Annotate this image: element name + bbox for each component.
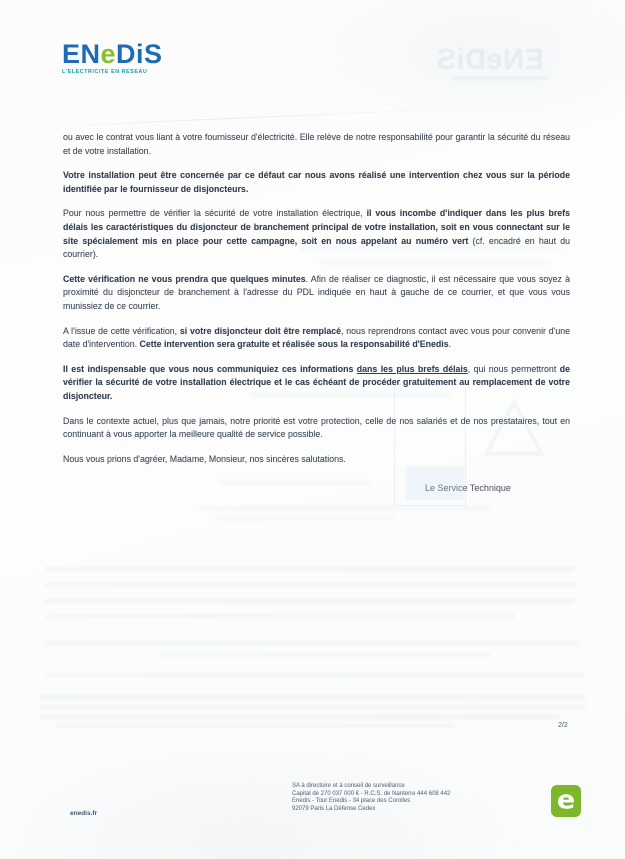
bleed-through-box-artifact	[406, 466, 464, 500]
text-run: dans les plus brefs délais	[357, 364, 468, 374]
paragraph: Votre installation peut être concernée p…	[63, 169, 570, 196]
bleed-through-text-artifact	[220, 480, 370, 485]
paragraph: Cette vérification ne vous prendra que q…	[63, 273, 570, 314]
enedis-logo-tagline: L'ELECTRICITE EN RESEAU	[62, 69, 163, 75]
paragraph: ou avec le contrat vous liant à votre fo…	[63, 131, 570, 158]
bleed-through-text-artifact	[40, 704, 585, 710]
enedis-logo: ENeDiS L'ELECTRICITE EN RESEAU	[62, 42, 163, 75]
bleed-through-logo: ENeDiS	[415, 44, 565, 77]
page-number: 2/2	[558, 722, 568, 729]
text-run: .	[449, 339, 451, 349]
bleed-through-text-artifact	[45, 582, 575, 588]
bleed-through-text-artifact	[45, 640, 580, 646]
website-url: enedis.fr	[70, 810, 97, 817]
text-run: Votre installation peut être concernée p…	[63, 170, 570, 194]
bleed-through-text-artifact	[45, 598, 575, 604]
paragraph: Il est indispensable que vous nous commu…	[63, 363, 570, 404]
bleed-through-text-artifact	[55, 723, 455, 728]
bleed-through-text-artifact	[40, 714, 560, 720]
paragraph: A l'issue de cette vérification, si votr…	[63, 325, 570, 352]
bleed-through-tagline-artifact	[452, 76, 548, 80]
footer-legal-block: SA à directoire et à conseil de surveill…	[292, 783, 450, 813]
text-run: , qui nous permettront	[468, 364, 560, 374]
paragraph: Pour nous permettre de vérifier la sécur…	[63, 207, 570, 261]
bleed-through-text-artifact	[320, 260, 550, 265]
text-run: Pour nous permettre de vérifier la sécur…	[63, 208, 367, 218]
enedis-green-e: e	[101, 39, 117, 69]
bleed-through-text-artifact	[45, 613, 515, 619]
text-run: Cette intervention sera gratuite et réal…	[140, 339, 449, 349]
bleed-through-text-artifact	[200, 506, 490, 511]
text-run: Cette vérification ne vous prendra que q…	[63, 274, 306, 284]
bleed-through-text-artifact	[215, 516, 395, 521]
text-run: Nous vous prions d'agréer, Madame, Monsi…	[63, 454, 346, 464]
bleed-through-text-artifact	[160, 652, 490, 657]
footer-line: SA à directoire et à conseil de surveill…	[292, 783, 450, 791]
bleed-through-text-artifact	[300, 246, 560, 251]
scanned-letter-page: { "logo": { "part1": "EN", "part2": "e",…	[0, 0, 625, 859]
text-run: ou avec le contrat vous liant à votre fo…	[63, 132, 570, 156]
bleed-through-text-artifact	[40, 694, 585, 700]
enedis-logo-wordmark: ENeDiS	[62, 42, 163, 66]
bleed-through-text-artifact	[250, 392, 450, 397]
bleed-through-text-artifact	[45, 566, 575, 572]
text-run: si votre disjoncteur doit être remplacé	[180, 326, 341, 336]
text-run: Il est indispensable que vous nous commu…	[63, 364, 357, 374]
text-run: A l'issue de cette vérification,	[63, 326, 180, 336]
bleed-through-text-artifact	[45, 672, 585, 677]
footer-line: 92079 Paris La Défense Cedex	[292, 806, 450, 814]
footer-line: Enedis - Tour Enedis - 34 place des Coro…	[292, 798, 450, 806]
enedis-e-icon: e	[551, 785, 581, 817]
